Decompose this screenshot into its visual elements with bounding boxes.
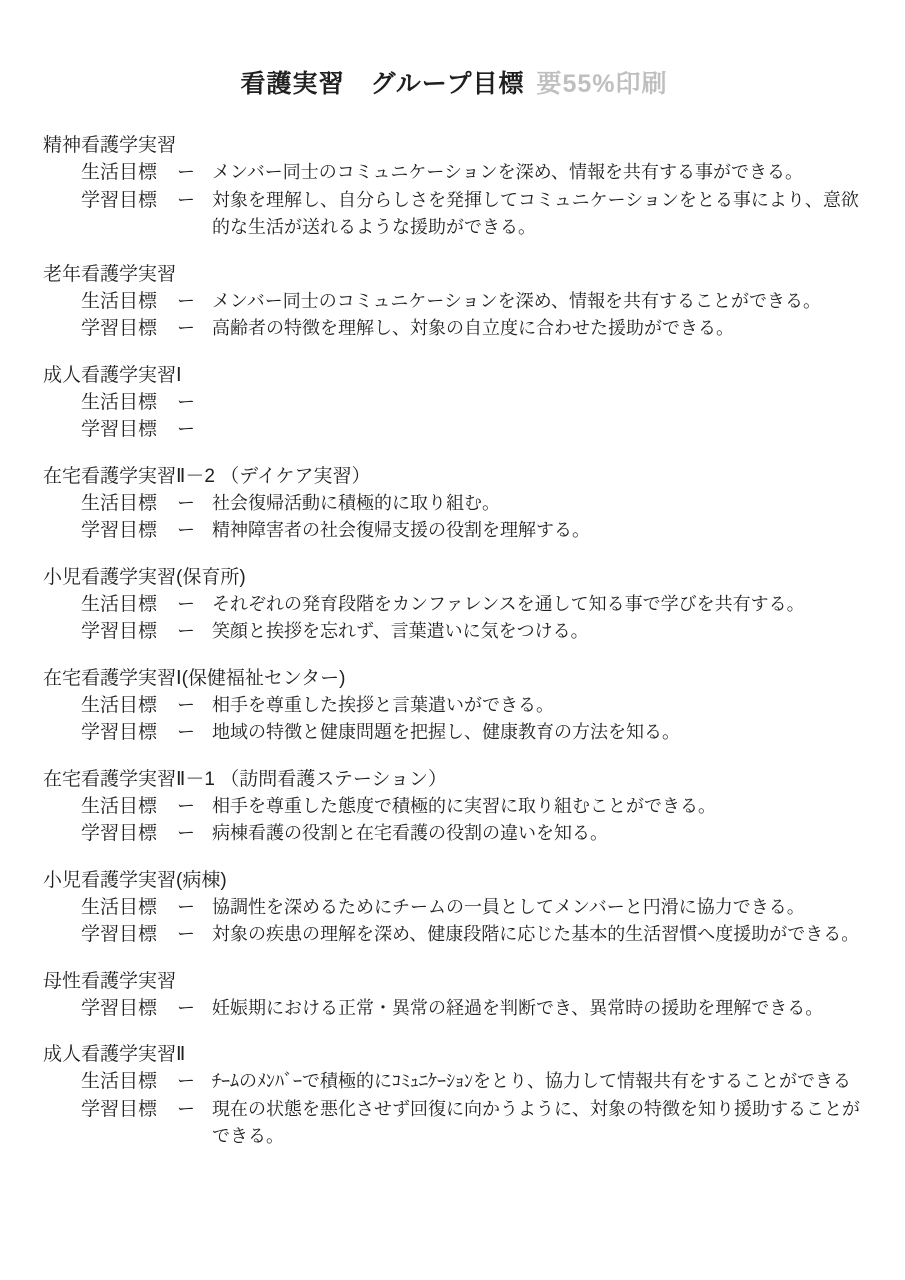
goal-row: 生活目標 ー 相手を尊重した挨拶と言葉遣いができる。 xyxy=(43,692,865,720)
goal-row: 学習目標 ー xyxy=(43,416,865,444)
goal-dash: ー xyxy=(175,288,197,316)
goal-label: 学習目標 xyxy=(81,517,157,545)
goal-dash: ー xyxy=(175,187,197,215)
goal-row: 生活目標 ー xyxy=(43,389,865,417)
section-heading: 在宅看護学実習Ⅱ－2 （デイケア実習） xyxy=(43,463,865,490)
goal-dash: ー xyxy=(175,894,197,922)
goal-row: 学習目標 ー 笑顔と挨拶を忘れず、言葉遣いに気をつける。 xyxy=(43,618,865,646)
goal-text: 対象を理解し、自分らしさを発揮してコミュニケーションをとる事により、意欲的な生活… xyxy=(212,187,860,242)
goal-row: 生活目標 ー 相手を尊重した態度で積極的に実習に取り組むことができる。 xyxy=(43,793,865,821)
goal-dash: ー xyxy=(175,159,197,187)
section-heading: 成人看護学実習Ⅱ xyxy=(43,1041,865,1068)
goal-row: 学習目標 ー 地域の特徴と健康問題を把握し、健康教育の方法を知る。 xyxy=(43,719,865,747)
goal-text: 現在の状態を悪化させず回復に向かうように、対象の特徴を知り援助することができる。 xyxy=(212,1096,860,1151)
goal-label: 学習目標 xyxy=(81,719,157,747)
goal-dash: ー xyxy=(175,995,197,1023)
goal-row: 生活目標 ー メンバー同士のコミュニケーションを深め、情報を共有する事ができる。 xyxy=(43,159,865,187)
goal-row: 学習目標 ー 対象の疾患の理解を深め、健康段階に応じた基本的生活習慣へ度援助がで… xyxy=(43,921,865,949)
goal-text: 相手を尊重した態度で積極的に実習に取り組むことができる。 xyxy=(212,793,860,821)
goal-label: 学習目標 xyxy=(81,315,157,343)
goal-label: 学習目標 xyxy=(81,995,157,1023)
goal-text: 協調性を深めるためにチームの一員としてメンバーと円滑に協力できる。 xyxy=(212,894,860,922)
goal-label: 学習目標 xyxy=(81,820,157,848)
goal-row: 学習目標 ー 現在の状態を悪化させず回復に向かうように、対象の特徴を知り援助する… xyxy=(43,1096,865,1151)
goal-dash: ー xyxy=(175,719,197,747)
goal-text: ﾁｰﾑのﾒﾝﾊﾞｰで積極的にｺﾐｭﾆｹｰｼｮﾝをとり、協力して情報共有をすること… xyxy=(212,1068,860,1096)
goal-row: 生活目標 ー それぞれの発育段階をカンファレンスを通して知る事で学びを共有する。 xyxy=(43,591,865,619)
goal-text: 精神障害者の社会復帰支援の役割を理解する。 xyxy=(212,517,860,545)
goal-label: 生活目標 xyxy=(81,894,157,922)
section-heading: 母性看護学実習 xyxy=(43,968,865,995)
goal-dash: ー xyxy=(175,618,197,646)
print-note: 要55%印刷 xyxy=(536,70,667,98)
goal-text: 笑顔と挨拶を忘れず、言葉遣いに気をつける。 xyxy=(212,618,860,646)
goal-label: 生活目標 xyxy=(81,159,157,187)
section-heading: 小児看護学実習(保育所) xyxy=(43,564,865,591)
goal-label: 学習目標 xyxy=(81,416,157,444)
practice-section: 成人看護学実習Ⅱ 生活目標 ー ﾁｰﾑのﾒﾝﾊﾞｰで積極的にｺﾐｭﾆｹｰｼｮﾝを… xyxy=(43,1041,865,1151)
goal-text: それぞれの発育段階をカンファレンスを通して知る事で学びを共有する。 xyxy=(212,591,860,619)
goal-label: 生活目標 xyxy=(81,1068,157,1096)
practice-section: 成人看護学実習Ⅰ 生活目標 ー 学習目標 ー xyxy=(43,362,865,444)
goal-dash: ー xyxy=(175,389,197,417)
goal-label: 学習目標 xyxy=(81,1096,157,1124)
goal-text: 対象の疾患の理解を深め、健康段階に応じた基本的生活習慣へ度援助ができる。 xyxy=(212,921,860,949)
goal-dash: ー xyxy=(175,1096,197,1124)
goal-dash: ー xyxy=(175,820,197,848)
goal-label: 生活目標 xyxy=(81,591,157,619)
section-heading: 老年看護学実習 xyxy=(43,261,865,288)
goal-label: 生活目標 xyxy=(81,793,157,821)
practice-section: 在宅看護学実習Ⅰ(保健福祉センター) 生活目標 ー 相手を尊重した挨拶と言葉遣い… xyxy=(43,665,865,747)
goal-label: 学習目標 xyxy=(81,187,157,215)
goal-label: 生活目標 xyxy=(81,389,157,417)
goal-text: メンバー同士のコミュニケーションを深め、情報を共有することができる。 xyxy=(212,288,860,316)
practice-section: 小児看護学実習(病棟) 生活目標 ー 協調性を深めるためにチームの一員としてメン… xyxy=(43,867,865,949)
goal-text: 相手を尊重した挨拶と言葉遣いができる。 xyxy=(212,692,860,720)
practice-section: 母性看護学実習 学習目標 ー 妊娠期における正常・異常の経過を判断でき、異常時の… xyxy=(43,968,865,1023)
goal-text: 高齢者の特徴を理解し、対象の自立度に合わせた援助ができる。 xyxy=(212,315,860,343)
goal-text: 社会復帰活動に積極的に取り組む。 xyxy=(212,490,860,518)
page-title: 看護実習 グループ目標要55%印刷 xyxy=(43,68,865,100)
goal-dash: ー xyxy=(175,517,197,545)
section-heading: 在宅看護学実習Ⅱ－1 （訪問看護ステーション） xyxy=(43,766,865,793)
section-heading: 精神看護学実習 xyxy=(43,132,865,159)
goal-row: 学習目標 ー 高齢者の特徴を理解し、対象の自立度に合わせた援助ができる。 xyxy=(43,315,865,343)
goal-label: 学習目標 xyxy=(81,618,157,646)
goal-text: 地域の特徴と健康問題を把握し、健康教育の方法を知る。 xyxy=(212,719,860,747)
section-heading: 成人看護学実習Ⅰ xyxy=(43,362,865,389)
goal-row: 生活目標 ー 社会復帰活動に積極的に取り組む。 xyxy=(43,490,865,518)
section-heading: 小児看護学実習(病棟) xyxy=(43,867,865,894)
practice-section: 在宅看護学実習Ⅱ－2 （デイケア実習） 生活目標 ー 社会復帰活動に積極的に取り… xyxy=(43,463,865,545)
goal-dash: ー xyxy=(175,921,197,949)
goal-dash: ー xyxy=(175,1068,197,1096)
goal-label: 生活目標 xyxy=(81,692,157,720)
goal-row: 学習目標 ー 精神障害者の社会復帰支援の役割を理解する。 xyxy=(43,517,865,545)
goal-dash: ー xyxy=(175,591,197,619)
goal-dash: ー xyxy=(175,490,197,518)
goal-row: 学習目標 ー 病棟看護の役割と在宅看護の役割の違いを知る。 xyxy=(43,820,865,848)
page-title-text: 看護実習 グループ目標 xyxy=(240,70,524,98)
goal-label: 学習目標 xyxy=(81,921,157,949)
goal-row: 学習目標 ー 対象を理解し、自分らしさを発揮してコミュニケーションをとる事により… xyxy=(43,187,865,242)
goal-dash: ー xyxy=(175,692,197,720)
goal-row: 生活目標 ー 協調性を深めるためにチームの一員としてメンバーと円滑に協力できる。 xyxy=(43,894,865,922)
goal-text: 病棟看護の役割と在宅看護の役割の違いを知る。 xyxy=(212,820,860,848)
goal-text: メンバー同士のコミュニケーションを深め、情報を共有する事ができる。 xyxy=(212,159,860,187)
section-heading: 在宅看護学実習Ⅰ(保健福祉センター) xyxy=(43,665,865,692)
practice-section: 小児看護学実習(保育所) 生活目標 ー それぞれの発育段階をカンファレンスを通し… xyxy=(43,564,865,646)
practice-section: 老年看護学実習 生活目標 ー メンバー同士のコミュニケーションを深め、情報を共有… xyxy=(43,261,865,343)
document-page: 看護実習 グループ目標要55%印刷 精神看護学実習 生活目標 ー メンバー同士の… xyxy=(0,0,905,1280)
goal-dash: ー xyxy=(175,416,197,444)
goal-row: 生活目標 ー ﾁｰﾑのﾒﾝﾊﾞｰで積極的にｺﾐｭﾆｹｰｼｮﾝをとり、協力して情報… xyxy=(43,1068,865,1096)
goal-row: 学習目標 ー 妊娠期における正常・異常の経過を判断でき、異常時の援助を理解できる… xyxy=(43,995,865,1023)
goal-label: 生活目標 xyxy=(81,490,157,518)
goal-label: 生活目標 xyxy=(81,288,157,316)
practice-section: 在宅看護学実習Ⅱ－1 （訪問看護ステーション） 生活目標 ー 相手を尊重した態度… xyxy=(43,766,865,848)
goal-dash: ー xyxy=(175,793,197,821)
goal-text: 妊娠期における正常・異常の経過を判断でき、異常時の援助を理解できる。 xyxy=(212,995,860,1023)
sections-container: 精神看護学実習 生活目標 ー メンバー同士のコミュニケーションを深め、情報を共有… xyxy=(43,132,865,1151)
practice-section: 精神看護学実習 生活目標 ー メンバー同士のコミュニケーションを深め、情報を共有… xyxy=(43,132,865,242)
goal-row: 生活目標 ー メンバー同士のコミュニケーションを深め、情報を共有することができる… xyxy=(43,288,865,316)
goal-dash: ー xyxy=(175,315,197,343)
